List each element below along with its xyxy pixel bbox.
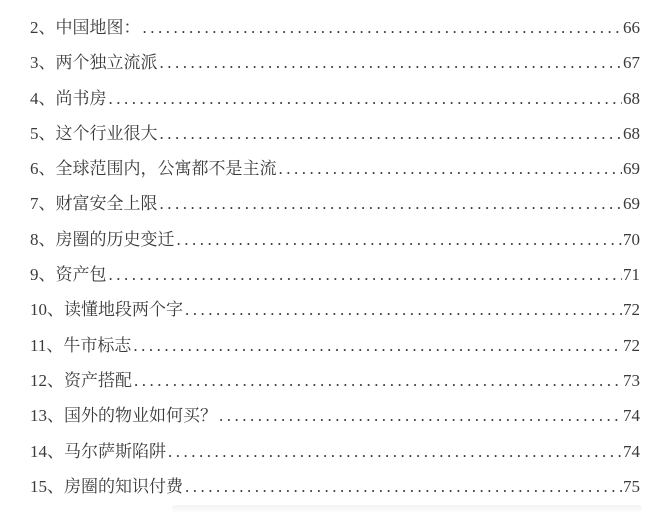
toc-entry-label: 11、牛市标志 — [30, 328, 131, 363]
toc-entry: 2、中国地图： ................................… — [30, 10, 640, 45]
toc-dot-leader: ........................................… — [143, 10, 623, 45]
table-of-contents: 2、中国地图： ................................… — [30, 0, 640, 504]
toc-page-number: 69 — [623, 186, 640, 221]
toc-page-number: 72 — [623, 328, 640, 363]
toc-page-number: 70 — [623, 222, 640, 257]
toc-dot-leader: ........................................… — [185, 469, 622, 504]
toc-entry-label: 12、资产搭配 — [30, 363, 132, 398]
toc-page-number: 68 — [623, 81, 640, 116]
toc-entry: 12、资产搭配 ................................… — [30, 363, 640, 398]
toc-entry-label: 3、两个独立流派 — [30, 45, 158, 80]
toc-page-number: 67 — [623, 45, 640, 80]
toc-dot-leader: ........................................… — [219, 398, 622, 433]
toc-dot-leader: ........................................… — [160, 186, 623, 221]
toc-entry: 7、财富安全上限 ...............................… — [30, 186, 640, 221]
toc-entry-label: 8、房圈的历史变迁 — [30, 222, 175, 257]
toc-page-number: 73 — [623, 363, 640, 398]
toc-page-number: 72 — [623, 292, 640, 327]
toc-entry-label: 2、中国地图： — [30, 10, 141, 45]
toc-entry-label: 9、资产包 — [30, 257, 107, 292]
toc-entry-label: 10、读懂地段两个字 — [30, 292, 183, 327]
toc-entry: 4、尚书房 ..................................… — [30, 81, 640, 116]
toc-page-number: 69 — [623, 151, 640, 186]
toc-entry-label: 13、国外的物业如何买？ — [30, 398, 217, 433]
toc-dot-leader: ........................................… — [133, 328, 622, 363]
document-page: 2、中国地图： ................................… — [0, 0, 661, 518]
toc-entry: 15、房圈的知识付费 .............................… — [30, 469, 640, 504]
toc-page-number: 74 — [623, 398, 640, 433]
toc-dot-leader: ........................................… — [168, 434, 622, 469]
page-edge-artifact — [172, 505, 642, 512]
toc-entry: 6、全球范围内，公寓都不是主流 ........................… — [30, 151, 640, 186]
toc-dot-leader: ........................................… — [160, 45, 623, 80]
toc-dot-leader: ........................................… — [185, 292, 622, 327]
toc-page-number: 75 — [623, 469, 640, 504]
toc-entry: 3、两个独立流派 ...............................… — [30, 45, 640, 80]
toc-page-number: 68 — [623, 116, 640, 151]
toc-entry: 8、房圈的历史变迁 ..............................… — [30, 222, 640, 257]
toc-dot-leader: ........................................… — [109, 81, 623, 116]
toc-dot-leader: ........................................… — [177, 222, 623, 257]
toc-entry-label: 5、这个行业很大 — [30, 116, 158, 151]
toc-entry-label: 6、全球范围内，公寓都不是主流 — [30, 151, 277, 186]
toc-entry-label: 7、财富安全上限 — [30, 186, 158, 221]
toc-entry: 9、资产包 ..................................… — [30, 257, 640, 292]
toc-dot-leader: ........................................… — [109, 257, 623, 292]
toc-entry: 10、读懂地段两个字 .............................… — [30, 292, 640, 327]
toc-page-number: 71 — [623, 257, 640, 292]
toc-entry: 5、这个行业很大 ...............................… — [30, 116, 640, 151]
toc-page-number: 66 — [623, 10, 640, 45]
toc-page-number: 74 — [623, 434, 640, 469]
toc-entry: 13、国外的物业如何买？ ...........................… — [30, 398, 640, 433]
toc-entry: 14、马尔萨斯陷阱 ..............................… — [30, 434, 640, 469]
toc-dot-leader: ........................................… — [134, 363, 622, 398]
toc-dot-leader: ........................................… — [160, 116, 623, 151]
toc-entry-label: 15、房圈的知识付费 — [30, 469, 183, 504]
toc-entry: 11、牛市标志 ................................… — [30, 328, 640, 363]
toc-dot-leader: ........................................… — [279, 151, 623, 186]
toc-entry-label: 14、马尔萨斯陷阱 — [30, 434, 166, 469]
toc-entry-label: 4、尚书房 — [30, 81, 107, 116]
